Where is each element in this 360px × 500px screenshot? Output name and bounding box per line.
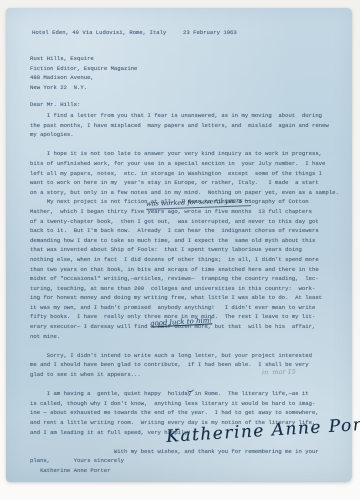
letter-paper: Hotel Eden, 49 Via Ludovisi, Rome, Italy…	[6, 8, 352, 482]
text-line: Rust Hills, Esquire	[30, 54, 137, 64]
salutation: Dear Mr. Hills:	[30, 100, 80, 110]
text-line: Sorry, I didn't intend to write such a l…	[30, 351, 342, 361]
text-line: nothing else, when in fact I did dozens …	[30, 255, 342, 265]
text-line: ing for honest money and doing my writin…	[30, 293, 342, 303]
text-line: it was my own, and I hadn't promised any…	[30, 303, 342, 313]
text-line: on a story, but only in a few notes and …	[30, 188, 342, 198]
text-line: left all my papers, notes, etc. in stora…	[30, 169, 342, 179]
pencil-margin-note: in mar 15	[262, 368, 296, 377]
text-line: my apologies.	[30, 130, 342, 140]
text-line: New York 22 N.Y.	[30, 83, 137, 93]
text-line: 488 Madison Avenue,	[30, 73, 137, 83]
text-line: ine — about exhausted me towards the end…	[30, 408, 342, 418]
text-line: midst of "occasional" writing,—articles,…	[30, 274, 342, 284]
text-line: turing, teaching, at more than 200 colle…	[30, 284, 342, 294]
text-line: bits of unfinished work, for your use in…	[30, 159, 342, 169]
text-line: is called, though why I don't know, anyt…	[30, 399, 342, 409]
text-line	[30, 341, 342, 351]
page-background: Hotel Eden, 49 Via Ludovisi, Rome, Italy…	[0, 0, 360, 500]
text-line: the past months, I have misplaced many p…	[30, 121, 342, 131]
text-line: Fiction Editor, Esquire Magazine	[30, 64, 137, 74]
text-line: than two years on that book, in bits and…	[30, 265, 342, 275]
text-line: not mine.	[30, 332, 342, 342]
text-line: back to it. But I'm back now. Already I …	[30, 226, 342, 236]
text-line: plans, Yours sincerely	[30, 456, 342, 466]
letter-heading: Hotel Eden, 49 Via Ludovisi, Rome, Italy…	[32, 28, 237, 38]
text-line: Katherine Anne Porter	[30, 466, 342, 476]
text-line: I hope it is not too late to answer your…	[30, 149, 342, 159]
text-line: I find a letter from you that I fear is …	[30, 111, 342, 121]
text-line: Mather, which I began thirty five years …	[30, 207, 342, 217]
text-line: of a twenty-chapter book, then I got out…	[30, 217, 342, 227]
recipient-address: Rust Hills, EsquireFiction Editor, Esqui…	[30, 54, 137, 92]
text-line: demanding how I dare to take so much tim…	[30, 236, 342, 246]
text-line: With my best wishes, and thank you for r…	[30, 447, 342, 457]
text-line: want to work on here in my year's stay i…	[30, 178, 342, 188]
text-line: I am having a gentle, quiet happy holida…	[30, 389, 342, 399]
text-line: that was invented about Ship of Fools: t…	[30, 245, 342, 255]
text-line	[30, 140, 342, 150]
